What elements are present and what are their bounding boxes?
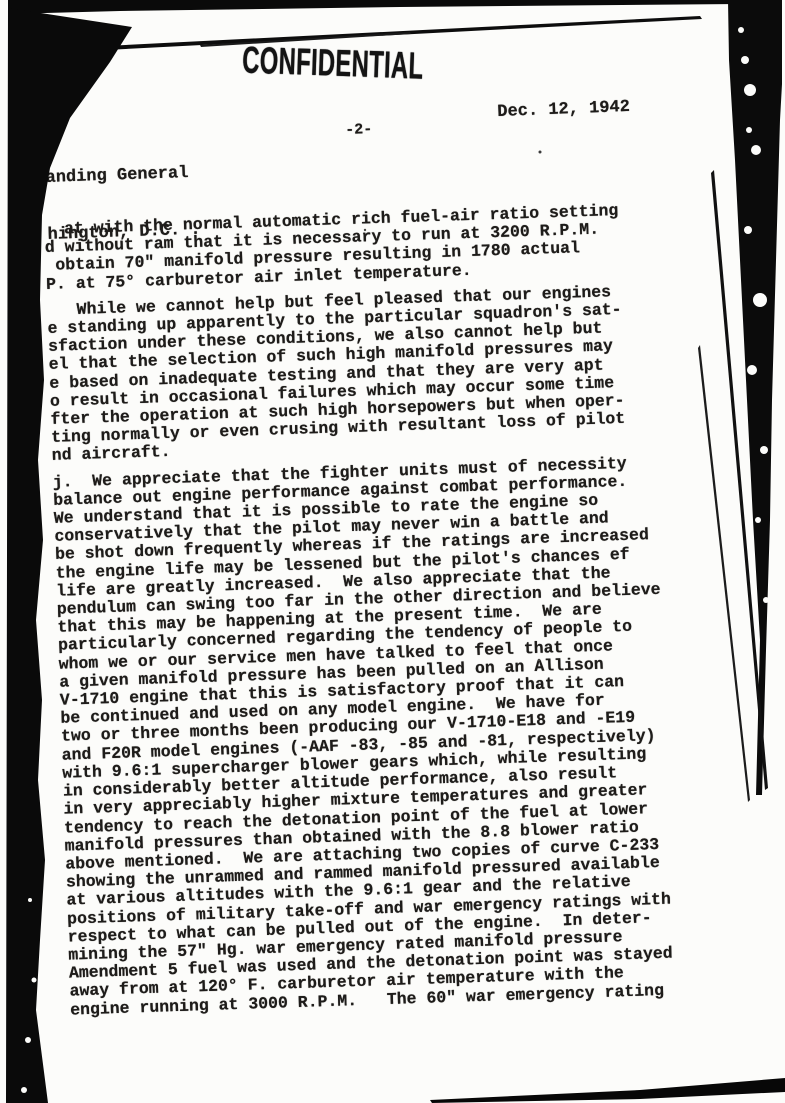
letter-date: Dec. 12, 1942 <box>497 98 630 122</box>
page-number: -2- <box>345 121 373 139</box>
bottom-edge-wedge <box>430 1078 785 1103</box>
paragraph: j. We appreciate that the fighter units … <box>52 451 760 1020</box>
top-edge-shadow <box>8 0 742 14</box>
body-text: at with the normal automatic rich fuel-a… <box>44 198 760 1027</box>
addressee-line: anding General <box>45 164 199 188</box>
scanned-letter-page: CONFIDENTIAL Dec. 12, 1942 -2- anding Ge… <box>0 0 785 1103</box>
paragraph: While we cannot help but feel pleased th… <box>47 279 742 466</box>
confidential-stamp: CONFIDENTIAL <box>241 39 424 88</box>
